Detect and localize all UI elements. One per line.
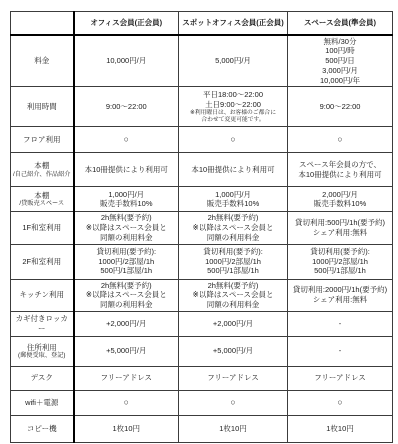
2f-office-cell: 貸切利用(要予約): 1000円/2部屋/1h 500円/1部屋/1h: [74, 244, 179, 279]
row-bookshelf-sales: 本棚 /貸販売スペース 1,000円/月 販売手数料10% 1,000円/月 販…: [11, 187, 393, 212]
row-desk: デスク フリーアドレス フリーアドレス フリーアドレス: [11, 366, 393, 390]
kitchen-office-cell: 2h無料(要予約) ※以降はスペース会員と 同額の利用料金: [74, 279, 179, 311]
row-label-text: 1F和室利用: [13, 223, 71, 233]
row-label-desk: デスク: [11, 366, 74, 390]
cell-line: 500円/日: [290, 56, 390, 66]
cell-line: ※以降はスペース会員と: [181, 290, 285, 300]
locker-office-cell: +2,000円/月: [74, 311, 179, 336]
cell-line: 同額の利用料金: [77, 300, 177, 310]
row-locker: カギ付きロッカー +2,000円/月 +2,000円/月 -: [11, 311, 393, 336]
cell-line: +2,000円/月: [181, 319, 285, 329]
cell-line: +5,000円/月: [181, 346, 285, 356]
cell-note-line: 合わせて変更可能です。: [181, 117, 285, 124]
row-label-hours: 利用時間: [11, 87, 74, 127]
cell-line: 販売手数料10%: [181, 199, 285, 209]
cell-line: 9:00〜22:00: [290, 102, 390, 112]
row-label-locker: カギ付きロッカー: [11, 311, 74, 336]
cell-line: 5,000円/月: [181, 56, 285, 66]
row-label-copier: コピー機: [11, 415, 74, 442]
floor-office-cell: ○: [74, 127, 179, 153]
row-label-text: 2F和室利用: [13, 257, 71, 267]
address-office-cell: +5,000円/月: [74, 336, 179, 366]
cell-line: 500円/1部屋/1h: [290, 266, 390, 276]
cell-line: -: [290, 319, 390, 329]
copier-office-cell: 1枚10円: [74, 415, 179, 442]
circle-mark: ○: [77, 134, 177, 145]
cell-line: 同額の利用料金: [181, 233, 285, 243]
column-header-office-member: オフィス会員(正会員): [74, 12, 179, 35]
row-label-text: コピー機: [13, 424, 71, 434]
hours-spot-office-cell: 平日18:00〜22:00 土日9:00〜22:00 ※利用曜日は、お客様のご都…: [179, 87, 288, 127]
desk-space-cell: フリーアドレス: [288, 366, 393, 390]
row-label-kitchen: キッチン利用: [11, 279, 74, 311]
cell-line: 1,000円/月: [77, 190, 177, 200]
row-label-subtext: /自己紹介、作品紹介: [13, 171, 71, 179]
cell-line: ※以降はスペース会員と: [77, 223, 177, 233]
fee-spot-office-cell: 5,000円/月: [179, 35, 288, 87]
column-header-space-member: スペース会員(準会員): [288, 12, 393, 35]
copier-space-cell: 1枚10円: [288, 415, 393, 442]
cell-line: 2h無料(要予約): [77, 281, 177, 291]
1f-spot-office-cell: 2h無料(要予約) ※以降はスペース会員と 同額の利用料金: [179, 212, 288, 244]
address-spot-office-cell: +5,000円/月: [179, 336, 288, 366]
row-label-bookshelf-sales: 本棚 /貸販売スペース: [11, 187, 74, 212]
row-copier: コピー機 1枚10円 1枚10円 1枚10円: [11, 415, 393, 442]
floor-space-cell: ○: [288, 127, 393, 153]
2f-space-cell: 貸切利用(要予約): 1000円/2部屋/1h 500円/1部屋/1h: [288, 244, 393, 279]
cell-line: 10,000円/年: [290, 76, 390, 86]
row-label-wifi-power: wifi＋電源: [11, 390, 74, 415]
cell-line: 貸切利用:2000円/1h(要予約): [290, 285, 390, 295]
bookshelf-intro-space-cell: スペース年会員の方で、 本10冊提供により利用可: [288, 153, 393, 187]
cell-line: 貸切利用(要予約):: [77, 247, 177, 257]
row-label-address: 住所利用 (郵便受取、登記): [11, 336, 74, 366]
cell-line: 1000円/2部屋/1h: [290, 257, 390, 267]
cell-line: 2h無料(要予約): [181, 213, 285, 223]
cell-line: 1枚10円: [290, 424, 390, 434]
cell-line: 3,000円/月: [290, 66, 390, 76]
row-label-2f-washitsu: 2F和室利用: [11, 244, 74, 279]
cell-line: ※以降はスペース会員と: [77, 290, 177, 300]
kitchen-spot-office-cell: 2h無料(要予約) ※以降はスペース会員と 同額の利用料金: [179, 279, 288, 311]
wifi-space-cell: ○: [288, 390, 393, 415]
row-kitchen: キッチン利用 2h無料(要予約) ※以降はスペース会員と 同額の利用料金 2h無…: [11, 279, 393, 311]
row-label-floor-use: フロア利用: [11, 127, 74, 153]
cell-line: 2,000円/月: [290, 190, 390, 200]
cell-line: 貸切利用:500円/1h(要予約): [290, 218, 390, 228]
pricing-table: オフィス会員(正会員) スポットオフィス会員(正会員) スペース会員(準会員) …: [10, 11, 393, 443]
row-label-1f-washitsu: 1F和室利用: [11, 212, 74, 244]
cell-line: 500円/1部屋/1h: [181, 266, 285, 276]
fee-office-cell: 10,000円/月: [74, 35, 179, 87]
kitchen-space-cell: 貸切利用:2000円/1h(要予約) シェア利用:無料: [288, 279, 393, 311]
row-label-text: 住所利用: [13, 343, 71, 353]
bookshelf-sales-space-cell: 2,000円/月 販売手数料10%: [288, 187, 393, 212]
cell-line: フリーアドレス: [290, 373, 390, 383]
column-header-spot-office-member: スポットオフィス会員(正会員): [179, 12, 288, 35]
cell-line: シェア利用:無料: [290, 295, 390, 305]
bookshelf-intro-office-cell: 本10冊提供により利用可: [74, 153, 179, 187]
row-label-text: 本棚: [13, 191, 71, 201]
cell-line: +5,000円/月: [77, 346, 177, 356]
circle-mark: ○: [290, 134, 390, 145]
membership-pricing-sheet: オフィス会員(正会員) スポットオフィス会員(正会員) スペース会員(準会員) …: [0, 0, 398, 444]
row-label-subtext: /貸販売スペース: [13, 200, 71, 208]
locker-space-cell: -: [288, 311, 393, 336]
cell-line: 1枚10円: [77, 424, 177, 434]
corner-cell: [11, 12, 74, 35]
row-label-text: フロア利用: [13, 135, 71, 145]
cell-line: -: [290, 346, 390, 356]
cell-line: スペース年会員の方で、: [290, 160, 390, 170]
row-1f-washitsu: 1F和室利用 2h無料(要予約) ※以降はスペース会員と 同額の利用料金 2h無…: [11, 212, 393, 244]
fee-space-cell: 無料/30分 100円/時 500円/日 3,000円/月 10,000円/年: [288, 35, 393, 87]
circle-mark: ○: [181, 397, 285, 408]
cell-line: 土日9:00〜22:00: [181, 100, 285, 110]
desk-office-cell: フリーアドレス: [74, 366, 179, 390]
row-label-text: キッチン利用: [13, 290, 71, 300]
bookshelf-sales-spot-office-cell: 1,000円/月 販売手数料10%: [179, 187, 288, 212]
row-address: 住所利用 (郵便受取、登記) +5,000円/月 +5,000円/月 -: [11, 336, 393, 366]
desk-spot-office-cell: フリーアドレス: [179, 366, 288, 390]
cell-line: 貸切利用(要予約):: [290, 247, 390, 257]
bookshelf-intro-spot-office-cell: 本10冊提供により利用可: [179, 153, 288, 187]
row-fee: 料金 10,000円/月 5,000円/月 無料/30分 100円/時 500円…: [11, 35, 393, 87]
row-wifi-power: wifi＋電源 ○ ○ ○: [11, 390, 393, 415]
row-label-text: 料金: [13, 56, 71, 66]
cell-line: 無料/30分: [290, 37, 390, 47]
cell-line: 1,000円/月: [181, 190, 285, 200]
floor-spot-office-cell: ○: [179, 127, 288, 153]
row-label-bookshelf-intro: 本棚 /自己紹介、作品紹介: [11, 153, 74, 187]
row-label-subtext: (郵便受取、登記): [13, 352, 71, 360]
cell-line: 本10冊提供により利用可: [181, 165, 285, 175]
cell-line: 2h無料(要予約): [77, 213, 177, 223]
hours-office-cell: 9:00〜22:00: [74, 87, 179, 127]
cell-line: 本10冊提供により利用可: [290, 170, 390, 180]
cell-line: 1枚10円: [181, 424, 285, 434]
row-label-text: wifi＋電源: [13, 398, 71, 408]
locker-spot-office-cell: +2,000円/月: [179, 311, 288, 336]
copier-spot-office-cell: 1枚10円: [179, 415, 288, 442]
header-row: オフィス会員(正会員) スポットオフィス会員(正会員) スペース会員(準会員): [11, 12, 393, 35]
cell-line: 貸切利用(要予約):: [181, 247, 285, 257]
cell-line: 平日18:00〜22:00: [181, 90, 285, 100]
wifi-office-cell: ○: [74, 390, 179, 415]
cell-line: ※以降はスペース会員と: [181, 223, 285, 233]
1f-office-cell: 2h無料(要予約) ※以降はスペース会員と 同額の利用料金: [74, 212, 179, 244]
cell-line: +2,000円/月: [77, 319, 177, 329]
cell-line: シェア利用:無料: [290, 228, 390, 238]
hours-space-cell: 9:00〜22:00: [288, 87, 393, 127]
cell-line: 同額の利用料金: [181, 300, 285, 310]
cell-line: 2h無料(要予約): [181, 281, 285, 291]
cell-line: 1000円/2部屋/1h: [181, 257, 285, 267]
address-space-cell: -: [288, 336, 393, 366]
row-2f-washitsu: 2F和室利用 貸切利用(要予約): 1000円/2部屋/1h 500円/1部屋/…: [11, 244, 393, 279]
cell-line: フリーアドレス: [77, 373, 177, 383]
2f-spot-office-cell: 貸切利用(要予約): 1000円/2部屋/1h 500円/1部屋/1h: [179, 244, 288, 279]
cell-line: フリーアドレス: [181, 373, 285, 383]
cell-line: 1000円/2部屋/1h: [77, 257, 177, 267]
circle-mark: ○: [77, 397, 177, 408]
cell-line: 100円/時: [290, 46, 390, 56]
row-bookshelf-intro: 本棚 /自己紹介、作品紹介 本10冊提供により利用可 本10冊提供により利用可 …: [11, 153, 393, 187]
circle-mark: ○: [290, 397, 390, 408]
bookshelf-sales-office-cell: 1,000円/月 販売手数料10%: [74, 187, 179, 212]
row-hours: 利用時間 9:00〜22:00 平日18:00〜22:00 土日9:00〜22:…: [11, 87, 393, 127]
cell-line: 本10冊提供により利用可: [77, 165, 177, 175]
1f-space-cell: 貸切利用:500円/1h(要予約) シェア利用:無料: [288, 212, 393, 244]
row-label-fee: 料金: [11, 35, 74, 87]
circle-mark: ○: [181, 134, 285, 145]
row-label-text: デスク: [13, 373, 71, 383]
row-label-text: 利用時間: [13, 102, 71, 112]
cell-line: 9:00〜22:00: [77, 102, 177, 112]
row-label-text: 本棚: [13, 161, 71, 171]
cell-line: 販売手数料10%: [290, 199, 390, 209]
row-floor-use: フロア利用 ○ ○ ○: [11, 127, 393, 153]
cell-line: 販売手数料10%: [77, 199, 177, 209]
cell-line: 同額の利用料金: [77, 233, 177, 243]
cell-note-line: ※利用曜日は、お客様のご都合に: [181, 110, 285, 117]
cell-line: 500円/1部屋/1h: [77, 266, 177, 276]
cell-line: 10,000円/月: [77, 56, 177, 66]
row-label-text: カギ付きロッカー: [13, 314, 71, 334]
wifi-spot-office-cell: ○: [179, 390, 288, 415]
